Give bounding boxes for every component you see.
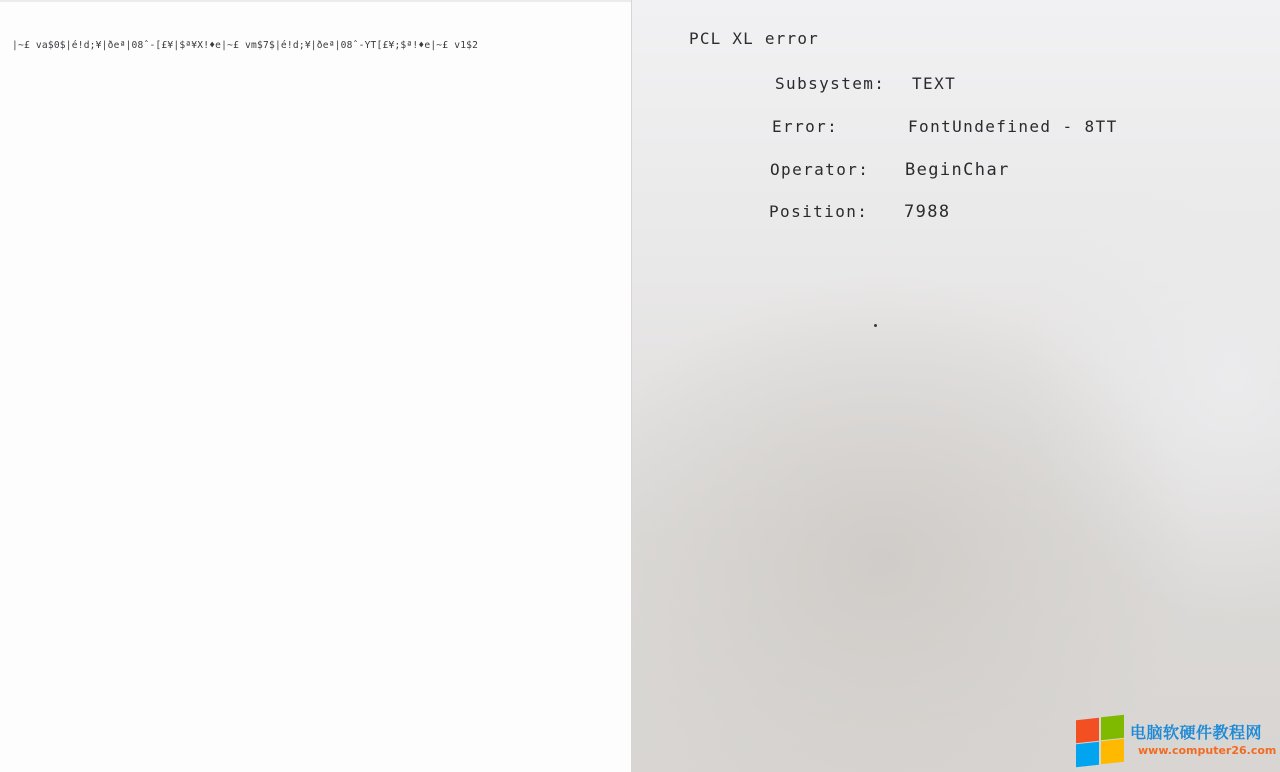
position-value: 7988 [904, 202, 951, 222]
error-label: Error: [772, 117, 838, 136]
pcl-error-page: PCL XL error Subsystem: TEXT Error: Font… [631, 0, 1280, 772]
error-title: PCL XL error [689, 29, 819, 48]
logo-blue-square [1076, 742, 1099, 767]
site-watermark: 电脑软硬件教程网 www.computer26.com [1074, 714, 1274, 768]
operator-value: BeginChar [905, 160, 1010, 180]
watermark-title: 电脑软硬件教程网 [1130, 720, 1262, 743]
logo-red-square [1076, 718, 1099, 743]
logo-yellow-square [1101, 739, 1124, 764]
windows-logo-icon [1076, 716, 1126, 766]
garbled-print-page: |~£ va$0$|é!d;¥|ðeª|08ˆ-[£¥|$ª¥X!♦e|~£ v… [0, 0, 631, 772]
subsystem-value: TEXT [912, 74, 956, 93]
error-value: FontUndefined - 8TT [908, 117, 1118, 136]
position-label: Position: [769, 202, 868, 221]
operator-label: Operator: [770, 160, 869, 179]
watermark-url: www.computer26.com [1138, 744, 1276, 757]
photo-stage: |~£ va$0$|é!d;¥|ðeª|08ˆ-[£¥|$ª¥X!♦e|~£ v… [0, 0, 1280, 772]
logo-green-square [1101, 715, 1124, 740]
garbled-text-line: |~£ va$0$|é!d;¥|ðeª|08ˆ-[£¥|$ª¥X!♦e|~£ v… [12, 40, 478, 51]
ink-speck [874, 324, 877, 327]
subsystem-label: Subsystem: [775, 74, 885, 93]
